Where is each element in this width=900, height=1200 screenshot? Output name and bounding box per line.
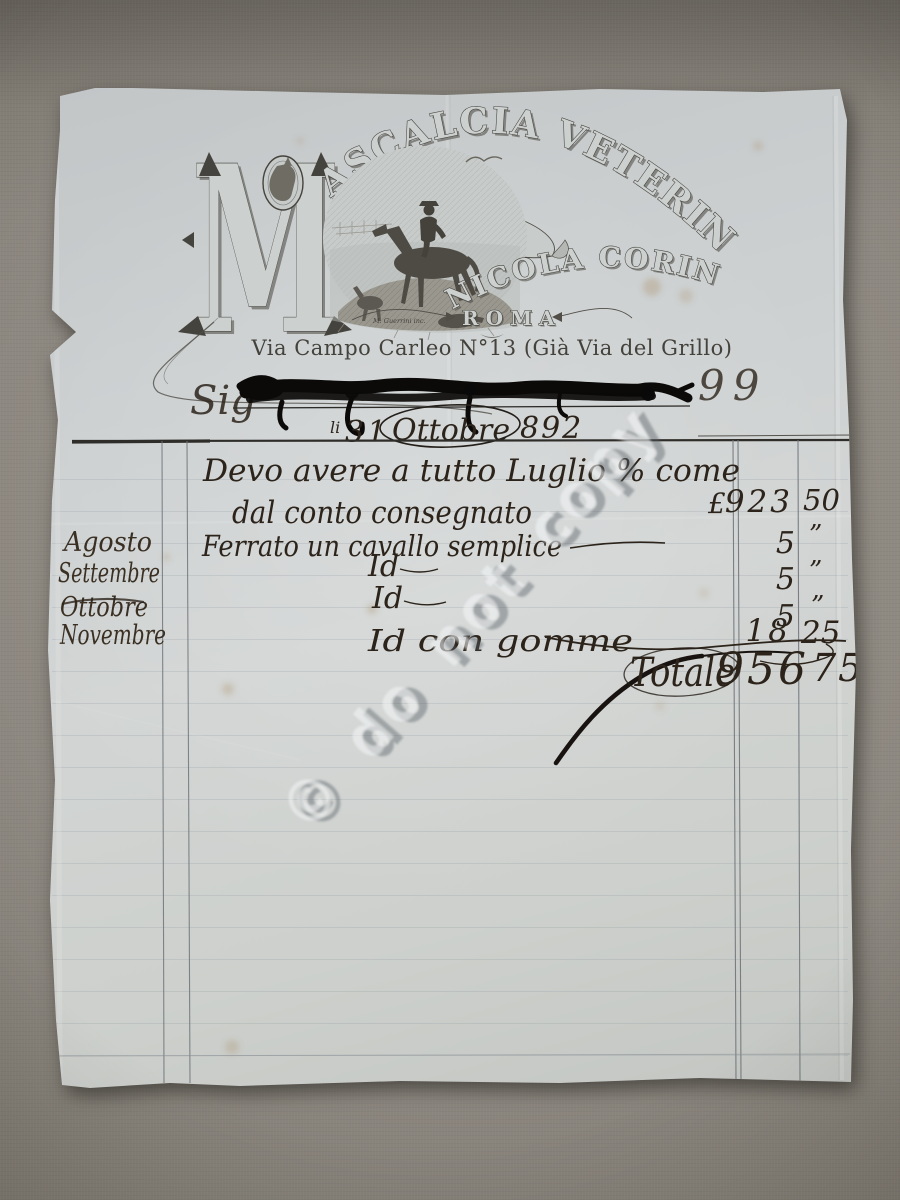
city-text: ROMA [462,306,562,330]
horse-head-medallion [263,156,303,210]
date-li: li [330,418,340,437]
date-day: 31 [345,415,389,450]
opening-line-2: dal conto consegnato [232,495,532,531]
month-novembre: Novembre [59,620,166,651]
date-month: Ottobre [392,413,510,448]
paper-wrapper: M M [0,0,900,1200]
cent-settembre: ” [809,556,822,586]
month-settembre: Settembre [58,558,160,589]
invoice-paper: M M [46,84,856,1088]
printed-flourish-99: 99 [698,361,767,410]
opening-lire: 923 [725,484,793,520]
engraver-credit: M. Guerrini inc. [372,317,426,325]
invoice-artwork: M M [46,84,856,1088]
desc-id-1: Id [367,549,399,584]
lire-settembre: 5 [776,562,795,597]
date-line: li 31 Ottobre 892 [330,403,583,450]
lire-agosto: 5 [776,526,795,561]
address-line: Via Campo Carleo N°13 (Già Via del Grill… [251,336,733,360]
desc-id-2: Id [371,581,403,616]
photograph-of-invoice: M M [0,0,900,1200]
opening-cent: 50 [803,483,840,517]
currency-symbol: £ [707,487,726,520]
month-agosto: Agosto [61,527,152,558]
total-lire: 956 [716,644,809,695]
month-ottobre: Ottobre [60,592,148,623]
cent-agosto: ” [809,520,822,550]
total-cent: 75 [812,646,856,690]
